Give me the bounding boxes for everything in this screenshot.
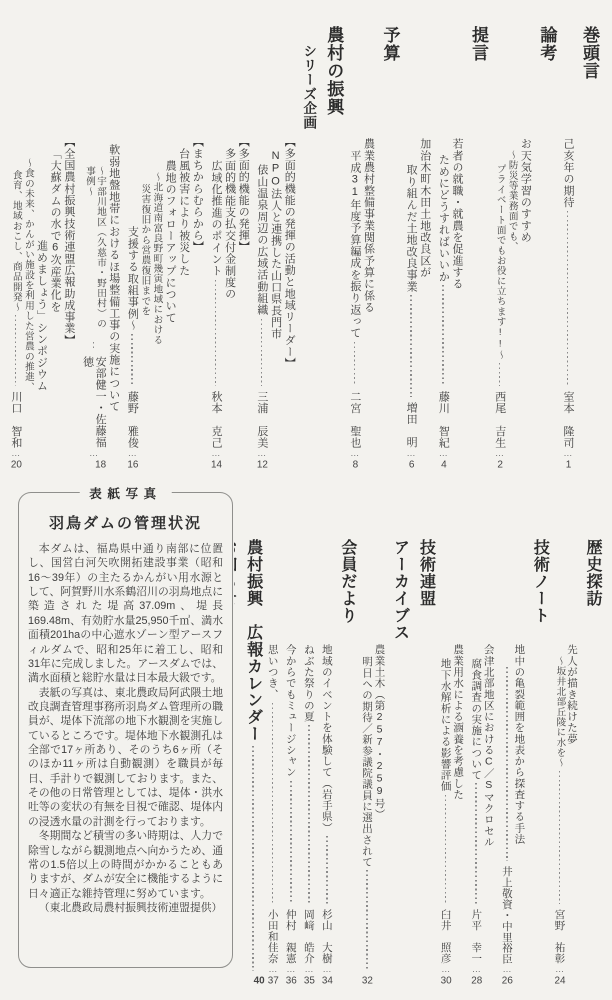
toc-entry-line: 先人が描き続けた夢 xyxy=(566,644,578,986)
toc-entry-line: 地下水解析による影響評価臼井 照彦…30 xyxy=(440,658,452,986)
toc-entry-line: 【まちからむらから】 xyxy=(191,136,204,470)
toc-entry-line: ～食の未来、かんがい施設を利用した営農の推進、 xyxy=(23,158,34,470)
toc-author: 二宮 聖也 xyxy=(348,391,361,448)
cover-photo-box: 表紙写真 羽鳥ダムの管理状況 本ダムは、福島県中通り南部に位置し、国営白河矢吹開… xyxy=(18,492,233,968)
toc-author: 室本 隆司 xyxy=(561,391,574,448)
toc-author: 片平 幸一 xyxy=(470,909,482,964)
dot-leader xyxy=(567,211,569,386)
toc-entry-line: ～防災等業務面でも、 xyxy=(507,150,518,470)
dot-separator: … xyxy=(322,964,332,974)
toc-section-header: 農村の振興 xyxy=(321,26,346,470)
toc-page-number: 18 xyxy=(81,460,106,470)
toc-text: 先人が描き続けた夢 xyxy=(566,644,578,744)
dot-separator: … xyxy=(349,448,359,458)
toc-text: ～防災等業務面でも、 xyxy=(507,150,518,252)
dot-leader xyxy=(559,771,561,904)
toc-text: 明日への期待／新参議院議員に選出されて xyxy=(361,656,373,867)
toc-page-number: 16 xyxy=(126,460,139,470)
dot-separator: … xyxy=(267,964,277,974)
toc-entry-line: ～北海道南富良野町幾寅地域における xyxy=(151,172,162,470)
toc-text: 農地のフォローアップについて xyxy=(163,160,176,323)
toc-text: 予算 xyxy=(377,26,402,62)
toc-text: 巻頭言 xyxy=(577,26,602,80)
dot-separator: … xyxy=(440,964,450,974)
toc-text: 平成31年度予算編成を振り返って xyxy=(348,150,361,339)
toc-author: 増田 明 xyxy=(404,402,417,448)
toc-text: 俵山温泉周辺の広域活動組織 xyxy=(255,164,268,316)
toc-entry-line: 平成31年度予算編成を振り返って二宮 聖也…8 xyxy=(348,150,361,470)
toc-page-number: 6 xyxy=(404,460,417,470)
toc-text: お知らせ xyxy=(234,539,239,607)
toc-text: プライベート面でもお役に立ちます!!～ xyxy=(493,164,506,360)
toc-page-number: 28 xyxy=(470,976,482,986)
toc-subsection-header: シリーズ企画 xyxy=(298,44,318,470)
toc-page-number: 2 xyxy=(493,460,506,470)
toc-page-number: 8 xyxy=(348,460,361,470)
toc-page-number: 26 xyxy=(501,976,513,986)
dot-separator: … xyxy=(563,448,573,458)
toc-text: 広域化推進のポイント xyxy=(209,160,222,277)
toc-entry-line: 【多面的機能の発揮の活動と地域リーダー】 xyxy=(283,136,296,470)
toc-text: 台風被害により被災した xyxy=(177,148,190,276)
toc-text: 地下水解析による影響評価 xyxy=(440,658,452,792)
dot-leader xyxy=(308,725,310,904)
toc-text: 取り組んだ土地改良事業 xyxy=(404,164,417,292)
dot-leader xyxy=(475,783,477,904)
toc-text: 【多面的機能の発揮の活動と地域リーダー】 xyxy=(283,136,296,369)
toc-text: 若者の就職・就農を促進する xyxy=(450,138,463,290)
toc-entry-line: 井上敬資・中里裕臣…26 xyxy=(501,664,513,986)
toc-entry-line: 多面的機能支払交付金制度の xyxy=(223,148,236,470)
dot-separator: … xyxy=(406,448,416,458)
toc-text: シリーズ企画 xyxy=(298,44,318,130)
toc-entry-line: 明日への期待／新参議院議員に選出されて32 xyxy=(361,656,373,986)
toc-entry-line: 災害復旧から営農復旧までを xyxy=(139,184,150,470)
toc-entry-line: 地域のイベントを体験して（岩手県）杉山 大樹…34 xyxy=(321,644,333,986)
cover-photo-paragraph: 冬期間など積雪の多い時期は、人力で除雪しながら観測地点へ向かうため、通常の1.5… xyxy=(19,829,232,901)
toc-text: ためにどうすればいいか xyxy=(437,154,450,282)
toc-text: 【全国農村振興技術連盟広報助成事業】 xyxy=(62,136,75,346)
toc-entry-line: 軟弱地盤地帯におけるほ場整備工事の実施について xyxy=(107,144,120,470)
cover-photo-paragraph: 本ダムは、福島県中通り南部に位置し、国営白河矢吹開拓建設事業（昭和16～39年）… xyxy=(19,542,232,686)
toc-text: お天気学習のすすめ xyxy=(519,138,532,243)
toc-entry-line: 農業土木（第257・259号） xyxy=(373,644,385,986)
toc-author: 宮野 祐彰 xyxy=(553,909,565,964)
dot-leader xyxy=(252,746,254,971)
cover-photo-label: 表紙写真 xyxy=(79,484,172,502)
toc-entry-line: 会津北部地区におけるC／Sマクロセル xyxy=(483,644,495,986)
toc-text: 技術ノート xyxy=(528,539,551,624)
toc-page-number: 34 xyxy=(321,976,333,986)
toc-text: 【多面的機能の発揮】 xyxy=(237,136,250,253)
toc-entry-line: 俵山温泉周辺の広域活動組織三浦 辰美…12 xyxy=(255,164,268,470)
toc-entry-line: 食育、地域おこし、商品開発～川口 智和…20 xyxy=(9,170,22,470)
toc-text: 食育、地域おこし、商品開発～ xyxy=(9,170,22,312)
toc-entry-line: 農業農村整備事業関係予算に係る xyxy=(362,138,375,470)
toc-page-number: 36 xyxy=(285,976,297,986)
toc-author: 仲村 親憲 xyxy=(285,909,297,964)
toc-entry-line: 地中の亀裂範囲を地表から探査する手法 xyxy=(513,644,525,986)
toc-text: 災害復旧から営農復旧までを xyxy=(139,184,150,316)
toc-author: 杉山 大樹 xyxy=(321,909,333,964)
dot-separator: … xyxy=(211,448,221,458)
dot-separator: … xyxy=(502,964,512,974)
toc-text: 農業農村整備事業関係予算に係る xyxy=(362,138,375,313)
toc-entry-line: 加治木町木田土地改良区が xyxy=(418,138,431,470)
toc-section-header: 提言 xyxy=(466,26,491,470)
toc-section-header: 歴史探訪 xyxy=(581,539,604,986)
toc-entry-line: 己亥年の期待室本 隆司…1 xyxy=(561,138,574,470)
dot-leader xyxy=(506,667,508,861)
toc-entry-line: ねぶた祭りの夏岡﨑 皓介…35 xyxy=(303,644,315,986)
magazine-toc-page: 巻頭言己亥年の期待室本 隆司…1論考お天気学習のすすめ～防災等業務面でも、プライ… xyxy=(0,0,612,1000)
dot-leader xyxy=(366,870,368,971)
toc-entry-line: 進めましょう」シンポジウム xyxy=(35,240,48,470)
toc-page-number: 35 xyxy=(303,976,315,986)
toc-text: 「大蘇ダムの水で6次産業化を xyxy=(49,148,62,312)
toc-author: 三浦 辰美 xyxy=(255,391,268,448)
toc-text: ～坂井北部丘陵に水を～ xyxy=(553,656,565,768)
dot-leader xyxy=(215,280,217,386)
toc-entry-line: 「大蘇ダムの水で6次産業化を xyxy=(49,148,62,470)
toc-page-number: 32 xyxy=(361,976,373,986)
toc-section-header: 農村振興 広報カレンダー40 xyxy=(242,539,265,986)
toc-page-number: 12 xyxy=(255,460,268,470)
dot-leader xyxy=(131,334,133,386)
toc-text: 技術連盟 xyxy=(415,539,438,607)
toc-entry-line: 支援する取組事例～藤野 雅俊…16 xyxy=(126,226,139,470)
toc-text: NPO法人と連携した山口県長門市 xyxy=(269,150,282,340)
toc-text: 軟弱地盤地帯におけるほ場整備工事の実施について xyxy=(107,144,120,412)
toc-text: 進めましょう」シンポジウム xyxy=(35,240,48,392)
dot-leader xyxy=(272,703,274,905)
toc-section-header: アーカイブス xyxy=(389,539,412,986)
dot-leader xyxy=(15,315,17,385)
toc-bottom: 歴史探訪先人が描き続けた夢～坂井北部丘陵に水を～宮野 祐彰…24技術ノート地中の… xyxy=(234,494,606,986)
toc-author: 安部健一・佐藤福徳 xyxy=(81,356,106,448)
dot-separator: … xyxy=(494,448,504,458)
toc-entry-line: 【多面的機能の発揮】 xyxy=(237,136,250,470)
toc-page-number: 37 xyxy=(267,976,279,986)
toc-entry-line: ～宇部川地区（久慈市・野田村）の事例～安部健一・佐藤福徳…18 xyxy=(81,166,106,470)
toc-entry-line: 【全国農村振興技術連盟広報助成事業】 xyxy=(62,136,75,470)
dot-leader xyxy=(354,342,356,386)
toc-page-number: 20 xyxy=(9,460,22,470)
dot-leader xyxy=(442,285,444,386)
toc-text: 己亥年の期待 xyxy=(561,138,574,208)
toc-section-header: 会員だより xyxy=(336,539,359,986)
toc-entry-line: 広域化推進のポイント秋本 克己…14 xyxy=(209,160,222,470)
toc-section-header: お知らせ xyxy=(234,539,239,986)
toc-author: 臼井 照彦 xyxy=(440,909,452,964)
dot-separator: … xyxy=(127,448,137,458)
toc-page-number: 40 xyxy=(242,976,265,986)
toc-text: 会津北部地区におけるC／Sマクロセル xyxy=(483,644,495,847)
toc-section-header: 技術ノート xyxy=(528,539,551,986)
toc-section-header: 技術連盟 xyxy=(415,539,438,986)
toc-text: 多面的機能支払交付金制度の xyxy=(223,148,236,300)
toc-author: 岡﨑 皓介 xyxy=(303,909,315,964)
toc-section-header: 巻頭言 xyxy=(577,26,602,470)
toc-author: 西尾 吉生 xyxy=(493,391,506,448)
toc-author: 秋本 克己 xyxy=(209,391,222,448)
dot-separator: … xyxy=(438,448,448,458)
toc-text: 農村振興 広報カレンダー xyxy=(242,539,265,743)
dot-leader xyxy=(93,342,95,351)
toc-entry-line: 若者の就職・就農を促進する xyxy=(450,138,463,470)
toc-page-number: 1 xyxy=(561,460,574,470)
toc-text: ～宇部川地区（久慈市・野田村）の事例～ xyxy=(81,166,106,339)
toc-text: 腐食調査の実施について xyxy=(470,658,482,780)
toc-author: 小田和佳奈 xyxy=(267,909,279,964)
toc-author: 藤野 雅俊 xyxy=(126,391,139,448)
toc-text: 地域のイベントを体験して（岩手県） xyxy=(321,644,333,833)
toc-entry-line: お天気学習のすすめ xyxy=(519,138,532,470)
cover-photo-paragraph: 表紙の写真は、東北農政局阿武隈土地改良調査管理事務所羽鳥ダム管理所の職員が、堤体… xyxy=(19,686,232,830)
dot-separator: … xyxy=(88,448,98,458)
toc-text: ～北海道南富良野町幾寅地域における xyxy=(151,172,162,345)
toc-text: 地中の亀裂範囲を地表から探査する手法 xyxy=(513,644,525,844)
dot-separator: … xyxy=(256,448,266,458)
toc-page-number: 30 xyxy=(440,976,452,986)
toc-text: ～食の未来、かんがい施設を利用した営農の推進、 xyxy=(23,158,34,392)
toc-entry-line: ～坂井北部丘陵に水を～宮野 祐彰…24 xyxy=(553,656,565,986)
toc-section-header: 論考 xyxy=(534,26,559,470)
toc-entry-line: 農地のフォローアップについて xyxy=(163,160,176,470)
cover-photo-credit: （東北農政局農村振興技術連盟提供） xyxy=(19,901,232,915)
toc-section-header: 予算 xyxy=(377,26,402,470)
toc-text: 会員だより xyxy=(336,539,359,624)
toc-entry-line: ためにどうすればいいか藤川 智紀…4 xyxy=(437,154,450,470)
dot-leader xyxy=(410,295,412,397)
toc-author: 藤川 智紀 xyxy=(437,391,450,448)
toc-entry-line: プライベート面でもお役に立ちます!!～西尾 吉生…2 xyxy=(493,164,506,470)
toc-page-number: 24 xyxy=(553,976,565,986)
toc-text: 論考 xyxy=(534,26,559,62)
toc-text: 支援する取組事例～ xyxy=(126,226,139,331)
toc-text: 農業用水による涵養を考慮した xyxy=(452,644,464,800)
toc-text: 提言 xyxy=(466,26,491,62)
toc-text: 【まちからむらから】 xyxy=(191,136,204,253)
dot-separator: … xyxy=(10,448,20,458)
toc-top: 巻頭言己亥年の期待室本 隆司…1論考お天気学習のすすめ～防災等業務面でも、プライ… xyxy=(8,18,604,470)
dot-leader xyxy=(261,319,263,386)
dot-separator: … xyxy=(304,964,314,974)
toc-text: 加治木町木田土地改良区が xyxy=(418,138,431,278)
toc-entry-line: 台風被害により被災した xyxy=(177,148,190,470)
dot-separator: … xyxy=(471,964,481,974)
toc-text: ねぶた祭りの夏 xyxy=(303,644,315,722)
toc-text: 農業土木（第257・259号） xyxy=(373,644,385,820)
toc-text: 今からでもミュージシャン xyxy=(285,644,297,778)
toc-page-number: 14 xyxy=(209,460,222,470)
toc-entry-line: 取り組んだ土地改良事業増田 明…6 xyxy=(404,164,417,470)
toc-text: 思いつき、 xyxy=(267,644,279,700)
toc-entry-line: 農業用水による涵養を考慮した xyxy=(452,644,464,986)
cover-photo-title: 羽鳥ダムの管理状況 xyxy=(19,512,232,533)
toc-entry-line: 思いつき、小田和佳奈…37 xyxy=(267,644,279,986)
toc-text: アーカイブス xyxy=(389,539,412,641)
toc-author: 川口 智和 xyxy=(9,391,22,448)
dot-leader xyxy=(445,795,447,905)
dot-separator: … xyxy=(554,964,564,974)
toc-entry-line: NPO法人と連携した山口県長門市 xyxy=(269,150,282,470)
dot-separator: … xyxy=(286,964,296,974)
toc-text: 歴史探訪 xyxy=(581,539,604,607)
toc-author: 井上敬資・中里裕臣 xyxy=(501,866,513,964)
toc-text: 農村の振興 xyxy=(321,26,346,116)
toc-page-number: 4 xyxy=(437,460,450,470)
toc-entry-line: 腐食調査の実施について片平 幸一…28 xyxy=(470,658,482,986)
dot-leader xyxy=(326,836,328,904)
dot-leader xyxy=(290,781,292,905)
dot-leader xyxy=(499,363,501,386)
toc-entry-line: 今からでもミュージシャン仲村 親憲…36 xyxy=(285,644,297,986)
